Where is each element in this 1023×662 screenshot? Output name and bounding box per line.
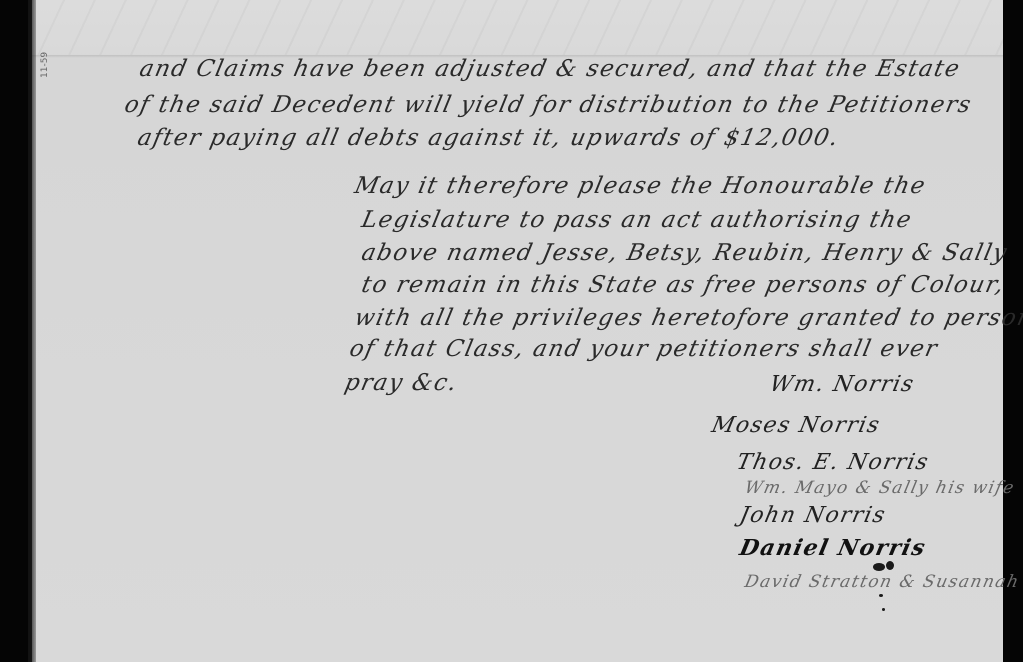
ink-blot (879, 594, 883, 597)
signature: John Norris (737, 503, 888, 528)
ink-blot (886, 561, 894, 570)
signature: Wm. Mayo & Sally his wife (743, 478, 1017, 498)
text-line: above named Jesse, Betsy, Reubin, Henry … (359, 240, 1010, 266)
margin-note: 11-59 (40, 52, 50, 78)
signature: David Stratton & Susannah his wife (743, 572, 1023, 592)
signature: Thos. E. Norris (734, 450, 931, 475)
signature: Wm. Norris (767, 372, 917, 397)
signature: Daniel Norris (737, 535, 928, 561)
text-line: May it therefore please the Honourable t… (352, 173, 928, 199)
text-line: Legislature to pass an act authorising t… (359, 207, 915, 233)
text-line: to remain in this State as free persons … (359, 272, 1007, 298)
text-line: with all the privileges heretofore grant… (352, 305, 1023, 331)
binding-shadow (28, 0, 36, 662)
ink-blot (873, 563, 885, 571)
text-line: pray &c. (342, 370, 460, 396)
text-line: of the said Decedent will yield for dist… (122, 92, 974, 118)
ink-blot (882, 608, 885, 611)
signature: Moses Norris (709, 413, 883, 438)
text-line: of that Class, and your petitioners shal… (347, 336, 940, 362)
text-line: after paying all debts against it, upwar… (135, 125, 841, 151)
text-line: and Claims have been adjusted & secured,… (137, 56, 963, 82)
